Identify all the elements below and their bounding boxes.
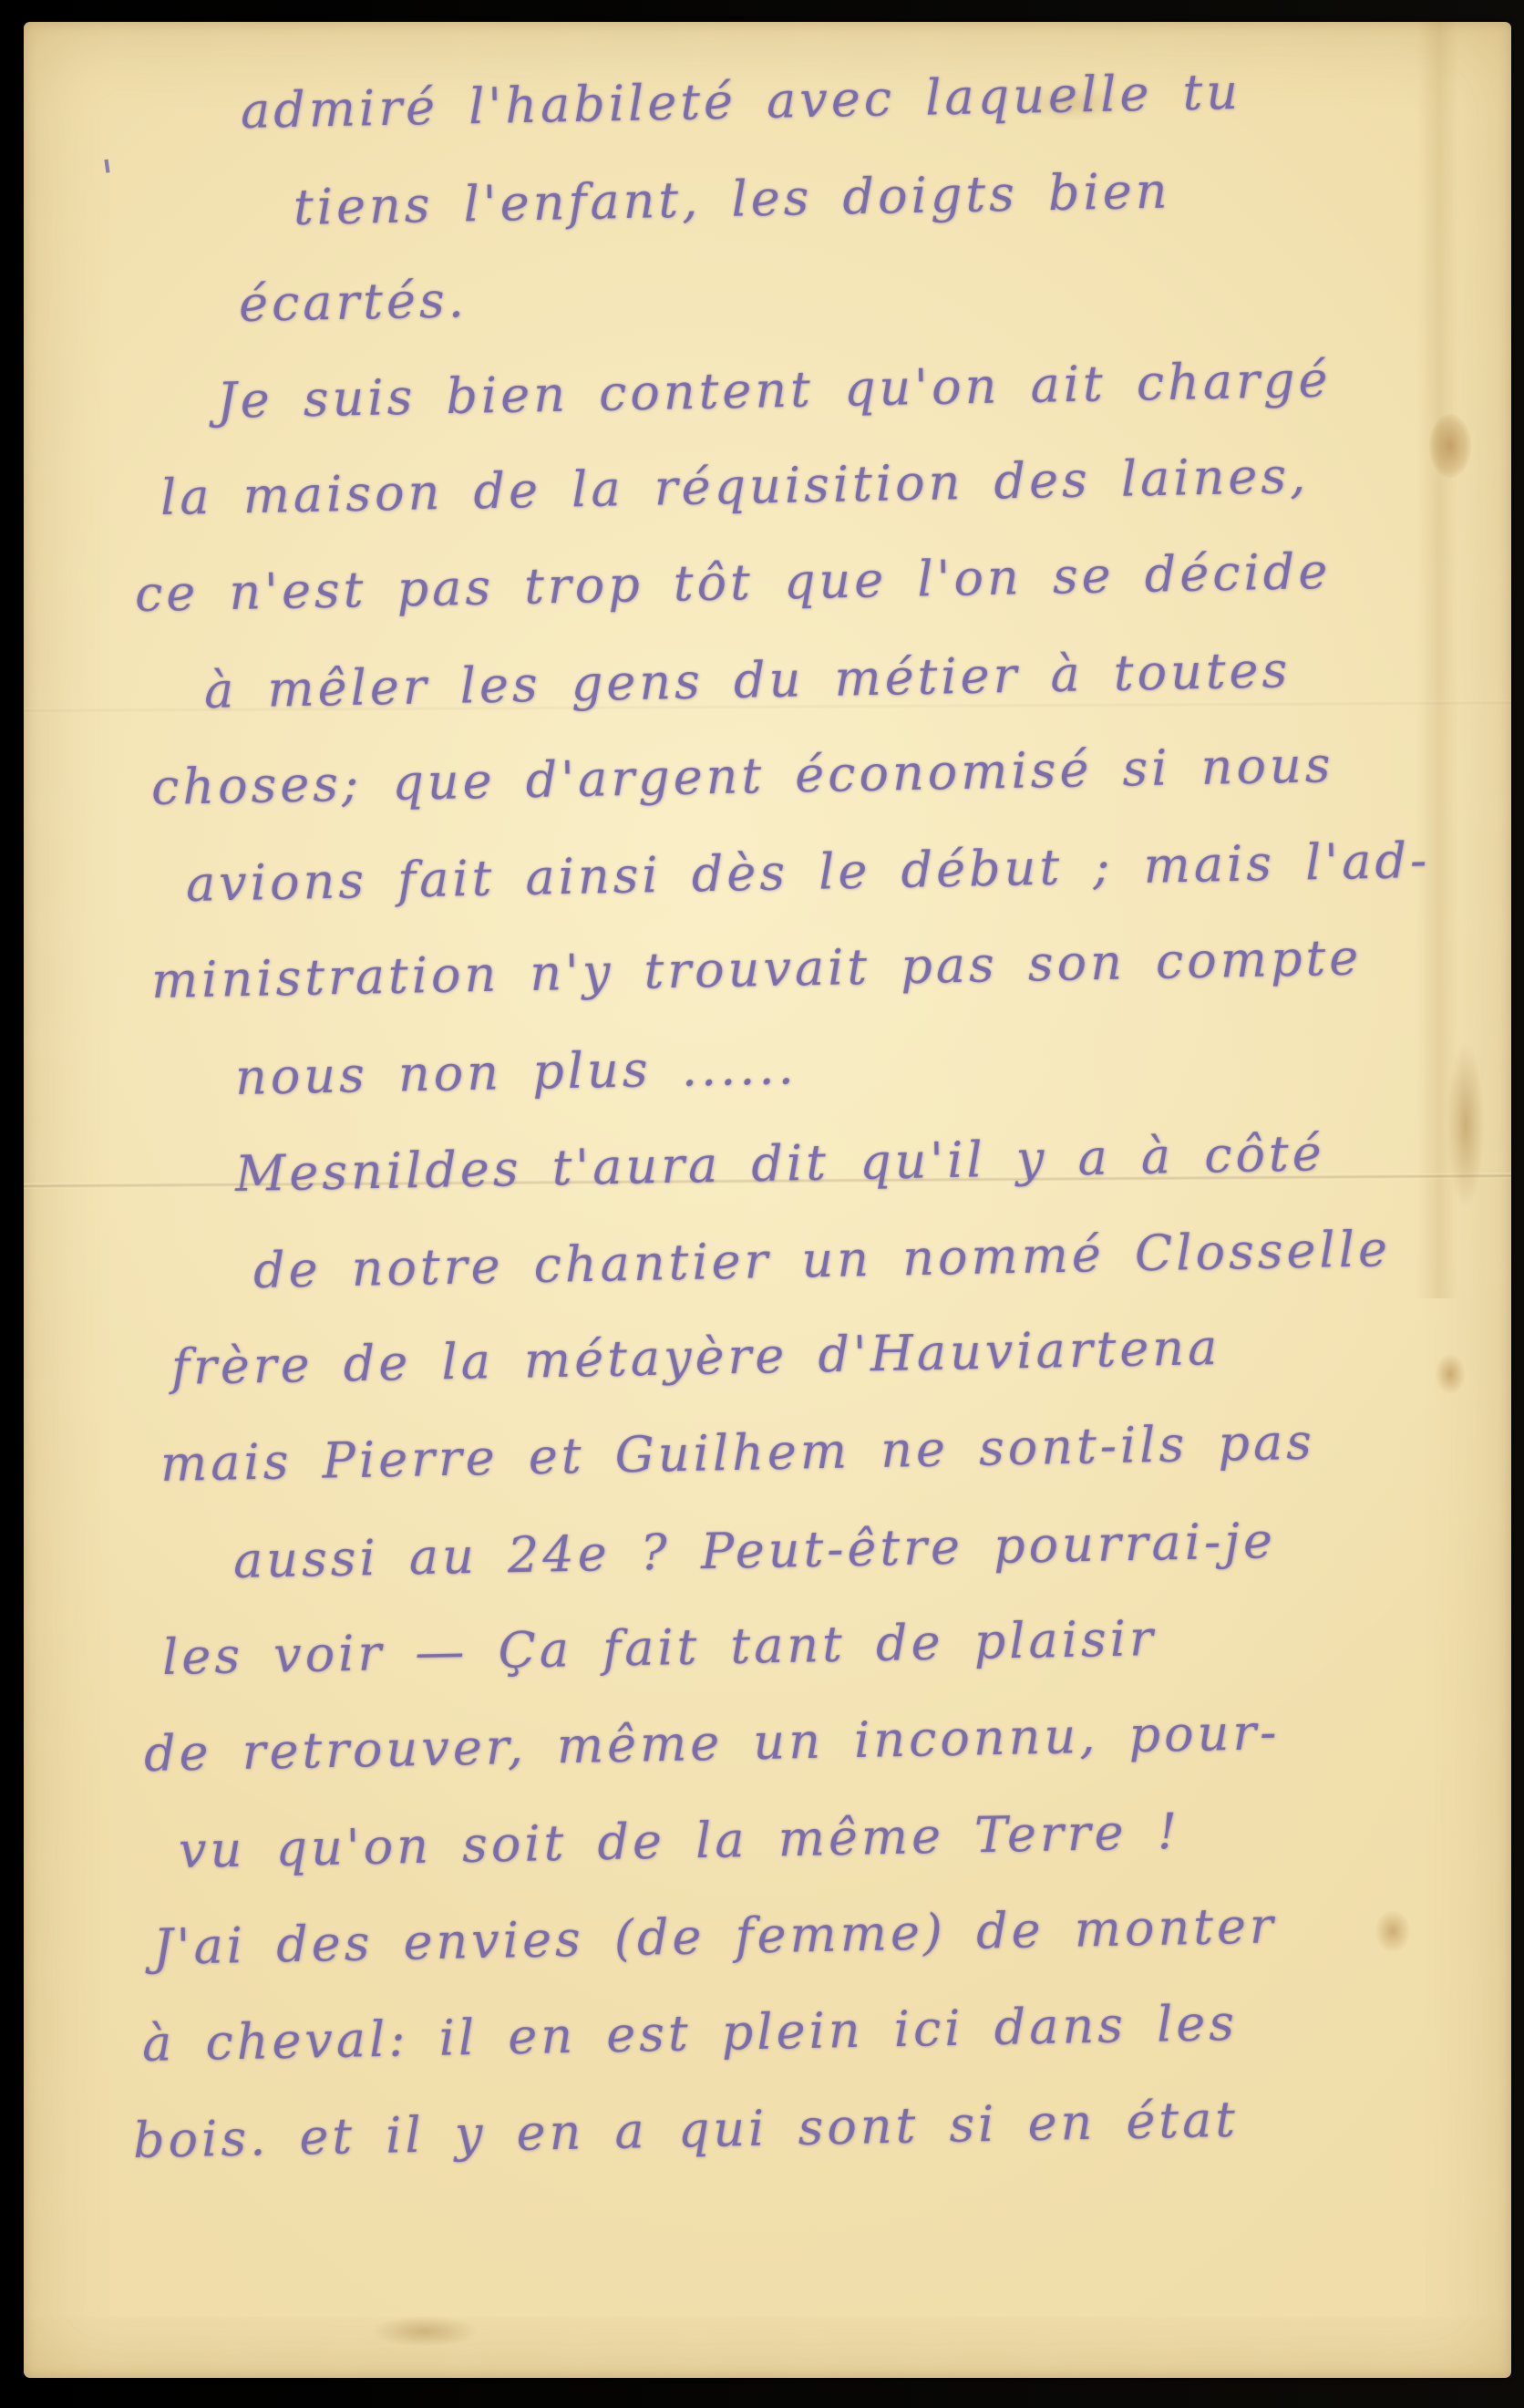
letter-paper: ' admiré l'habileté avec laquelle tu tie… xyxy=(24,22,1511,2378)
letter-body: admiré l'habileté avec laquelle tu tiens… xyxy=(24,62,1511,2188)
stain-mark xyxy=(370,2316,479,2347)
